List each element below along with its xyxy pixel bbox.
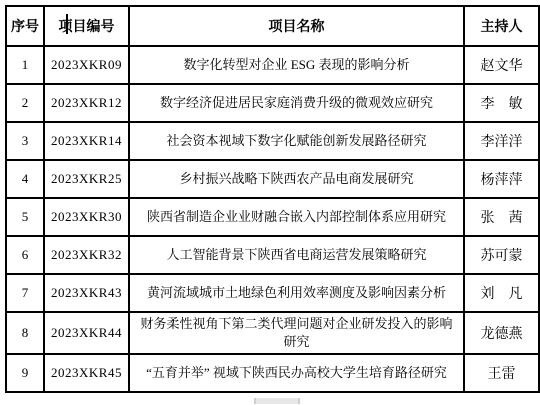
table-row: 92023XKR45“五育并举” 视域下陕西民办高校大学生培育路径研究王雷 bbox=[6, 354, 539, 392]
cell-title: 黄河流域城市土地绿色利用效率测度及影响因素分析 bbox=[129, 274, 464, 312]
cell-title: 财务柔性视角下第二类代理问题对企业研发投入的影响 研究 bbox=[129, 312, 464, 354]
cell-title: 乡村振兴战略下陕西农产品电商发展研究 bbox=[129, 160, 464, 198]
table-row: 32023XKR14社会资本视域下数字化赋能创新发展路径研究李洋洋 bbox=[6, 122, 539, 160]
col-header-host: 主持人 bbox=[464, 6, 539, 46]
table-row: 42023XKR25乡村振兴战略下陕西农产品电商发展研究杨萍萍 bbox=[6, 160, 539, 198]
cell-host: 李洋洋 bbox=[464, 122, 539, 160]
cell-code: 2023XKR09 bbox=[44, 46, 129, 84]
cell-code: 2023XKR44 bbox=[44, 312, 129, 354]
cell-code: 2023XKR43 bbox=[44, 274, 129, 312]
table-row: 22023XKR12数字经济促进居民家庭消费升级的微观效应研究李 敏 bbox=[6, 84, 539, 122]
cell-title: 数字化转型对企业 ESG 表现的影响分析 bbox=[129, 46, 464, 84]
table-row: 52023XKR30陕西省制造企业业财融合嵌入内部控制体系应用研究张 茜 bbox=[6, 198, 539, 236]
cell-title: 社会资本视域下数字化赋能创新发展路径研究 bbox=[129, 122, 464, 160]
cell-code: 2023XKR12 bbox=[44, 84, 129, 122]
table-body: 12023XKR09数字化转型对企业 ESG 表现的影响分析赵文华22023XK… bbox=[6, 46, 539, 392]
text-cursor bbox=[66, 14, 68, 34]
cell-host: 刘 凡 bbox=[464, 274, 539, 312]
horizontal-scrollbar-thumb[interactable] bbox=[254, 398, 300, 404]
cell-no: 5 bbox=[6, 198, 44, 236]
cell-host: 赵文华 bbox=[464, 46, 539, 84]
document-page: 序号 项目编号 项目名称 主持人 12023XKR09数字化转型对企业 ESG … bbox=[0, 0, 540, 405]
cell-code: 2023XKR30 bbox=[44, 198, 129, 236]
cell-code: 2023XKR45 bbox=[44, 354, 129, 392]
cell-host: 杨萍萍 bbox=[464, 160, 539, 198]
cell-title: 数字经济促进居民家庭消费升级的微观效应研究 bbox=[129, 84, 464, 122]
cell-no: 7 bbox=[6, 274, 44, 312]
cell-code: 2023XKR14 bbox=[44, 122, 129, 160]
col-header-code: 项目编号 bbox=[44, 6, 129, 46]
header-row: 序号 项目编号 项目名称 主持人 bbox=[6, 6, 539, 46]
cell-host: 王雷 bbox=[464, 354, 539, 392]
table-row: 82023XKR44财务柔性视角下第二类代理问题对企业研发投入的影响 研究龙德燕 bbox=[6, 312, 539, 354]
cell-no: 6 bbox=[6, 236, 44, 274]
cell-code: 2023XKR25 bbox=[44, 160, 129, 198]
cell-no: 4 bbox=[6, 160, 44, 198]
table-row: 72023XKR43黄河流域城市土地绿色利用效率测度及影响因素分析刘 凡 bbox=[6, 274, 539, 312]
cell-no: 8 bbox=[6, 312, 44, 354]
col-header-title: 项目名称 bbox=[129, 6, 464, 46]
table-row: 12023XKR09数字化转型对企业 ESG 表现的影响分析赵文华 bbox=[6, 46, 539, 84]
cell-title: 陕西省制造企业业财融合嵌入内部控制体系应用研究 bbox=[129, 198, 464, 236]
cell-title: 人工智能背景下陕西省电商运营发展策略研究 bbox=[129, 236, 464, 274]
cell-host: 苏可蒙 bbox=[464, 236, 539, 274]
cell-host: 李 敏 bbox=[464, 84, 539, 122]
cell-host: 龙德燕 bbox=[464, 312, 539, 354]
table-row: 62023XKR32人工智能背景下陕西省电商运营发展策略研究苏可蒙 bbox=[6, 236, 539, 274]
col-header-no: 序号 bbox=[6, 6, 44, 46]
project-table: 序号 项目编号 项目名称 主持人 12023XKR09数字化转型对企业 ESG … bbox=[5, 5, 540, 393]
cell-no: 3 bbox=[6, 122, 44, 160]
cell-title: “五育并举” 视域下陕西民办高校大学生培育路径研究 bbox=[129, 354, 464, 392]
cell-no: 2 bbox=[6, 84, 44, 122]
cell-code: 2023XKR32 bbox=[44, 236, 129, 274]
cell-no: 9 bbox=[6, 354, 44, 392]
cell-host: 张 茜 bbox=[464, 198, 539, 236]
cell-no: 1 bbox=[6, 46, 44, 84]
